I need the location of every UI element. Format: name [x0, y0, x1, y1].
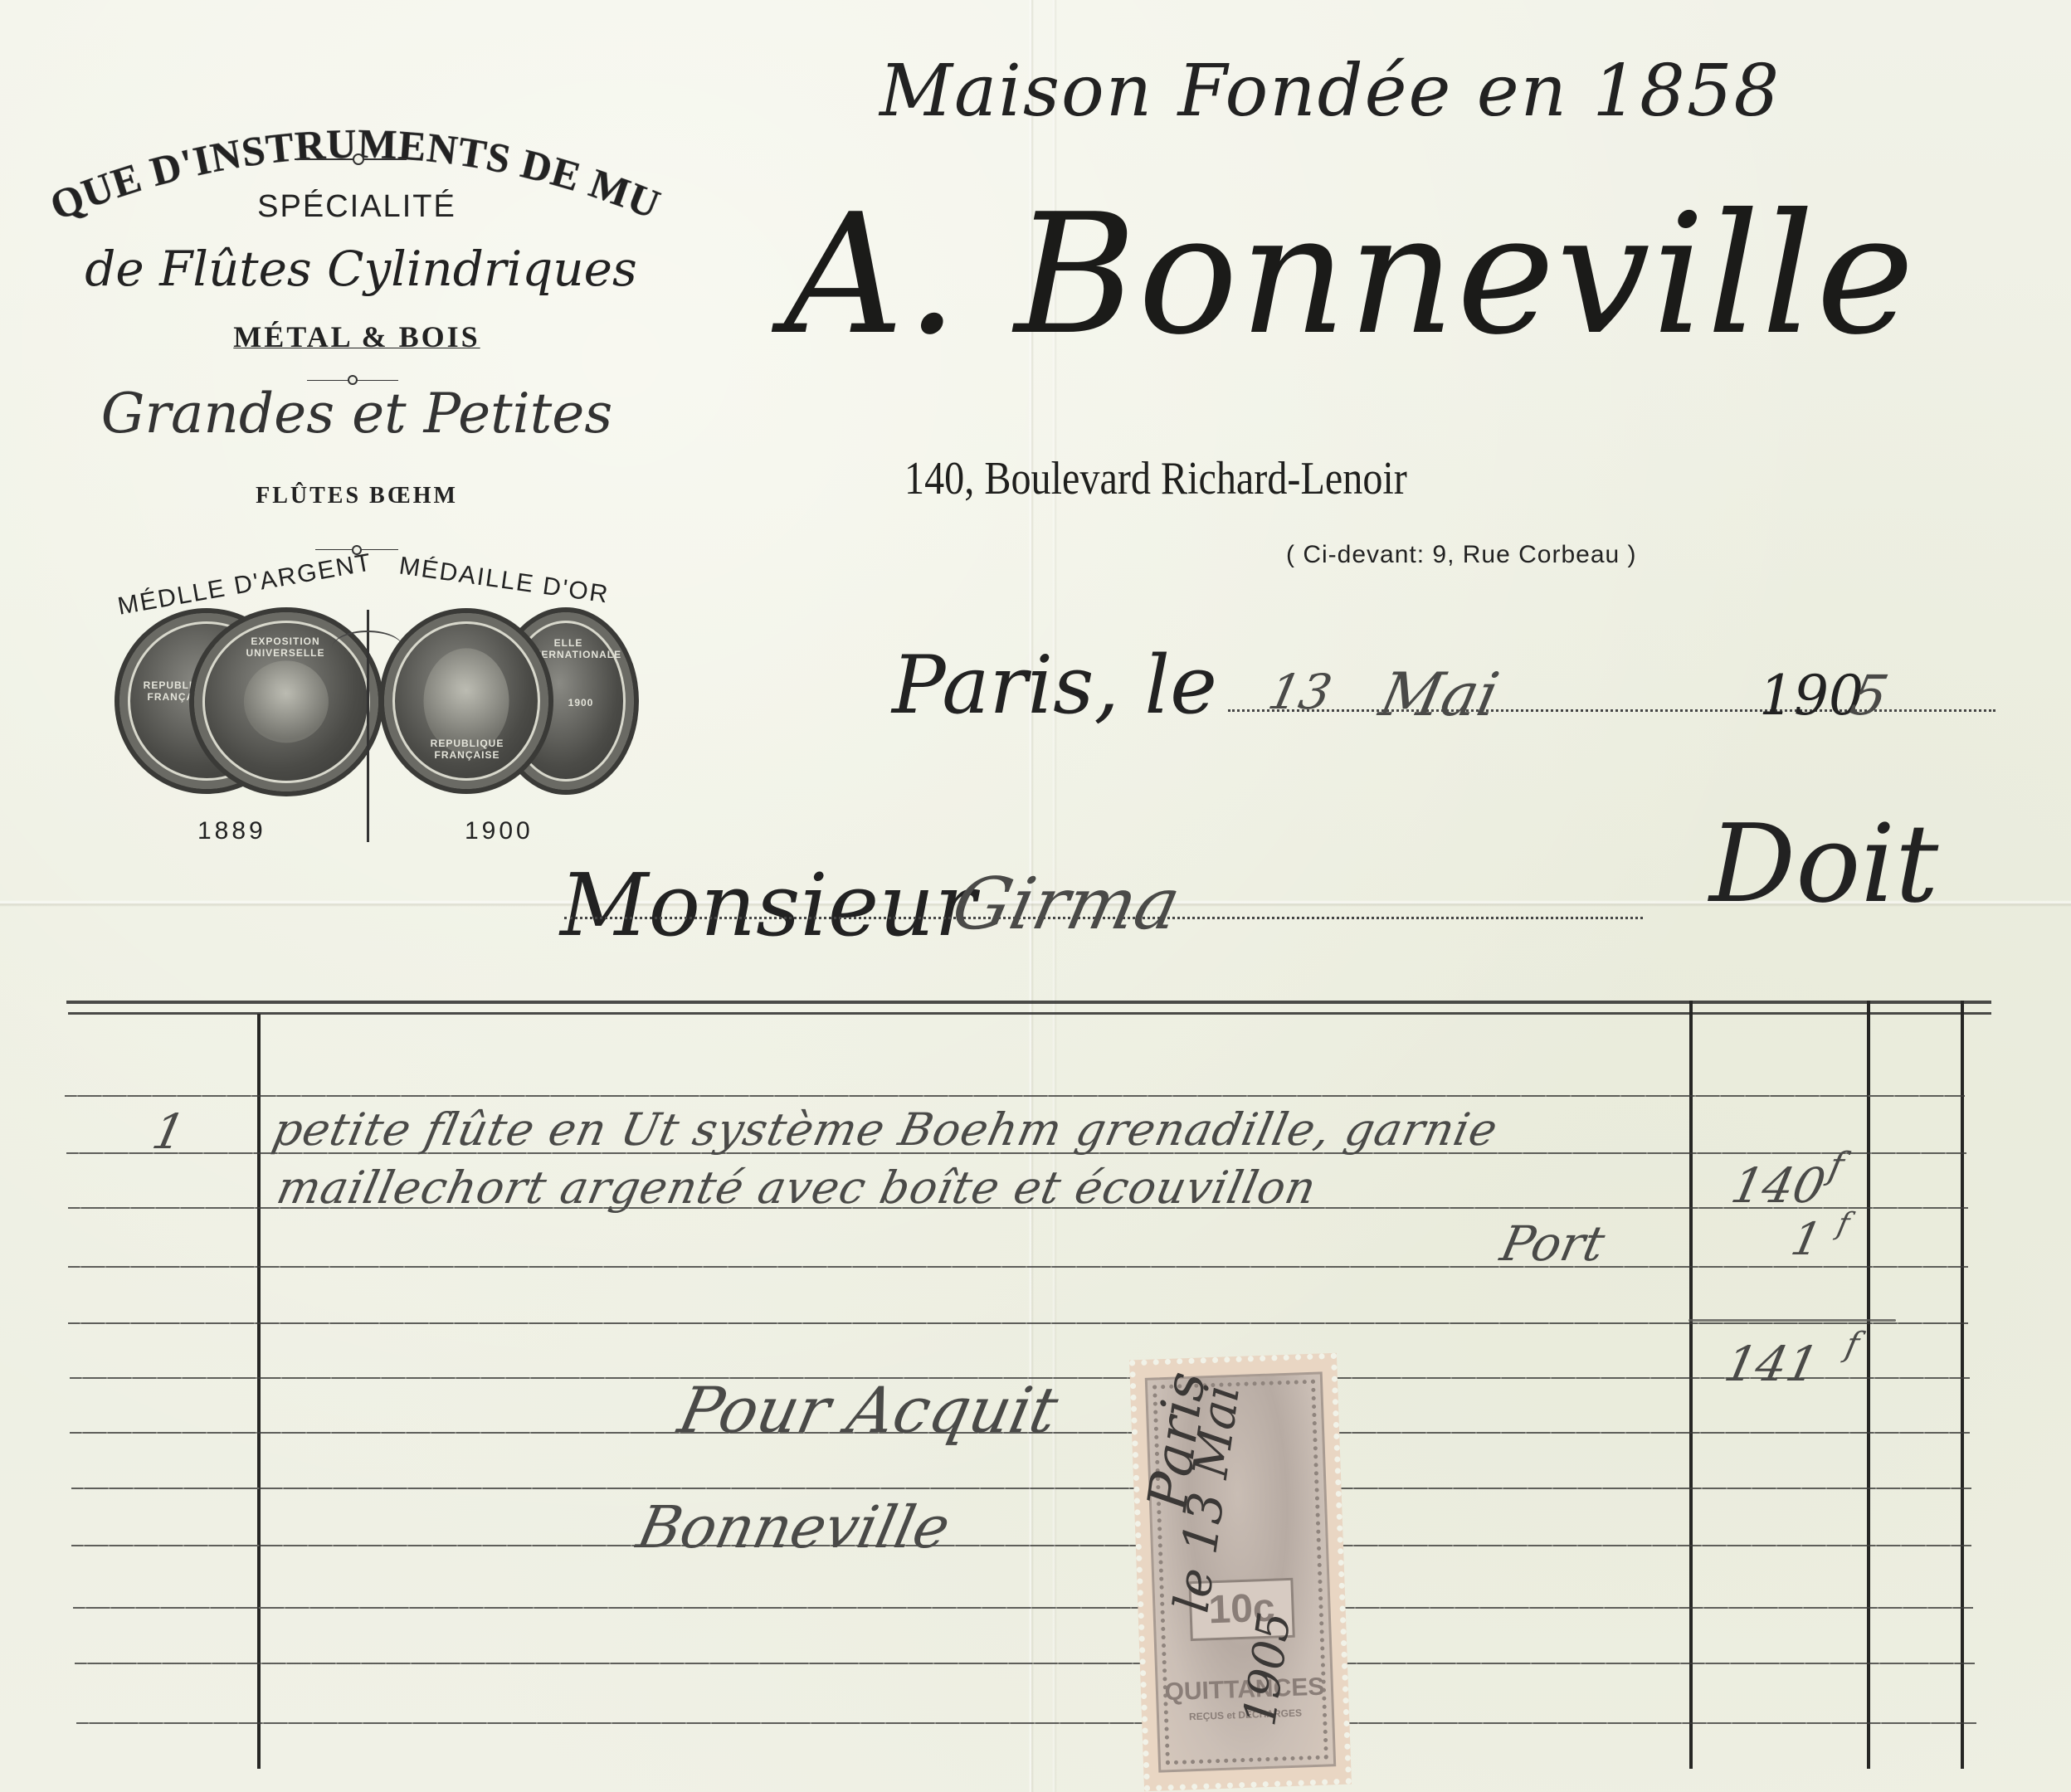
medal-year-text: 1900	[556, 697, 606, 709]
customer-name: Girma	[945, 863, 1187, 946]
ruled-line	[68, 1322, 1968, 1324]
row-amount: 140	[1727, 1157, 1830, 1214]
total-amount-unit: f	[1842, 1326, 1863, 1364]
row-description-line2: maillechort argenté avec boîte et écouvi…	[272, 1161, 1321, 1214]
row-description-line1: petite flûte en Ut système Boehm grenadi…	[268, 1103, 1503, 1156]
row-amount-unit: f	[1835, 1207, 1853, 1241]
cents-column-divider	[1867, 1001, 1870, 1769]
ruled-line	[71, 1488, 1971, 1489]
materials-label: MÉTAL & BOIS	[133, 319, 581, 354]
company-name: A. Bonneville	[784, 178, 1916, 372]
ruled-line	[71, 1545, 1971, 1546]
table-right-border	[1961, 1001, 1964, 1769]
ruled-line	[75, 1663, 1975, 1664]
invoice-paper: FABRIQUE D'INSTRUMENTS DE MUSIQUE SPÉCIA…	[0, 0, 2071, 1792]
gold-medal-year: 1900	[465, 817, 534, 845]
owes-label: Doit	[1709, 801, 1938, 927]
silver-medal-year: 1889	[197, 817, 266, 845]
ruled-line	[73, 1607, 1973, 1609]
ruled-line	[65, 1095, 1965, 1097]
boehm-label: FLÛTES BŒHM	[166, 483, 548, 509]
specialty-label: SPÉCIALITÉ	[191, 189, 523, 225]
company-address: 140, Boulevard Richard-Lenoir	[904, 452, 1407, 505]
total-amount: 141	[1720, 1336, 1824, 1392]
table-top-rule	[68, 1012, 1991, 1015]
silver-medal-label: MÉDLLE D'ARGENT	[115, 548, 374, 621]
specialty-script: de Flûtes Cylindriques	[71, 241, 651, 297]
row-description-line1: Port	[1496, 1215, 1610, 1272]
ruled-line	[68, 1266, 1968, 1268]
sizes-script: Grandes et Petites	[91, 382, 622, 446]
date-day: 13	[1264, 664, 1337, 720]
revenue-stamp: 10c QUITTANCES REÇUS et DÉCHARGES Paris …	[1129, 1353, 1352, 1791]
ruled-line	[76, 1722, 1976, 1724]
total-separator	[1688, 1319, 1896, 1322]
row-qty: 1	[148, 1103, 190, 1160]
acquittal-text: Pour Acquit	[673, 1373, 1065, 1447]
qty-column-divider	[257, 1014, 261, 1769]
date-month: Mai	[1374, 660, 1505, 729]
medal-relief	[244, 660, 329, 743]
amount-column-divider	[1689, 1001, 1693, 1769]
ornament-rule	[295, 158, 407, 160]
gold-medal-front: REPUBLIQUE FRANÇAISE	[379, 608, 553, 794]
founded-line: Maison Fondée en 1858	[880, 50, 1781, 133]
table-top-rule	[66, 1001, 1991, 1004]
previous-address: ( Ci-devant: 9, Rue Corbeau )	[1286, 541, 1637, 569]
signature: Bonneville	[631, 1493, 956, 1561]
row-amount: 1	[1786, 1213, 1826, 1265]
salutation: Monsieur	[560, 855, 976, 956]
date-place: Paris, le	[892, 639, 1217, 732]
gold-medal-label: MÉDAILLE D'OR	[397, 552, 611, 609]
ornament-dot	[353, 153, 364, 165]
medal-text: REPUBLIQUE FRANÇAISE	[401, 738, 534, 761]
